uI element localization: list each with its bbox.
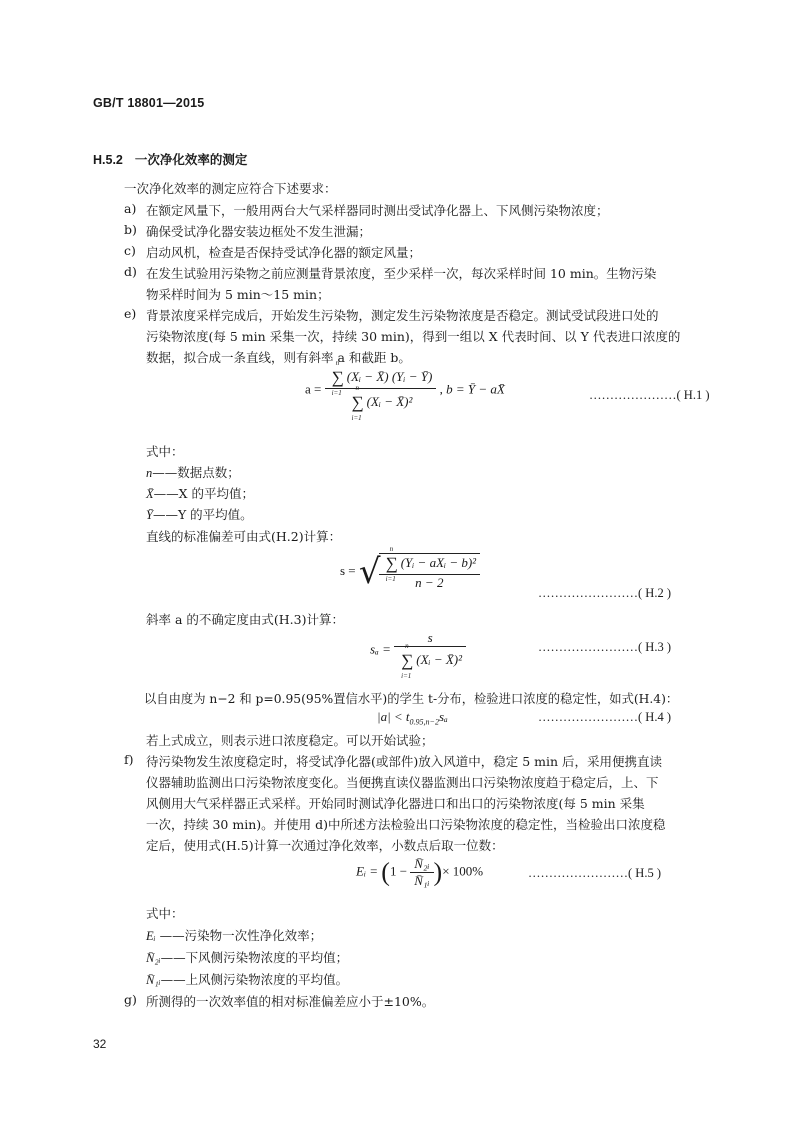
equation-h5: Eᵢ = (1 − N̄₂ᵢ N̄₁ᵢ )× 100% xyxy=(356,856,483,889)
sum-icon: ∑ni=1 xyxy=(352,393,364,413)
item-f-label: f) xyxy=(124,752,134,767)
item-c-label: c) xyxy=(124,243,136,258)
item-b-label: b) xyxy=(124,222,137,237)
item-f-line4: 一次，持续 30 min)。并使用 d)中所述方法检验出口污染物浓度的稳定性，当… xyxy=(146,815,665,833)
text-h4-intro: 以自由度为 n−2 和 p=0.95(95%置信水平)的学生 t-分布，检验进口… xyxy=(144,689,678,707)
item-f-line5: 定后，使用式(H.5)计算一次通过净化效率，小数点后取一位数： xyxy=(146,836,504,854)
section-title: 一次净化效率的测定 xyxy=(135,152,248,167)
item-d-text-line1: 在发生试验用污染物之前应测量背景浓度，至少采样一次，每次采样时间 10 min。… xyxy=(146,264,656,282)
item-b-text: 确保受试净化器安装边框处不发生泄漏； xyxy=(146,222,371,240)
standard-code: GB/T 18801—2015 xyxy=(93,96,204,110)
text-h3-intro: 斜率 a 的不确定度由式(H.3)计算： xyxy=(146,610,344,628)
item-d-text-line2: 物采样时间为 5 min～15 min； xyxy=(146,285,330,303)
item-g-text: 所测得的一次效率值的相对标准偏差应小于±10%。 xyxy=(146,992,434,1010)
def-x-bar: X̄——X 的平均值； xyxy=(146,484,254,502)
sum-icon: ∑ni=1 xyxy=(386,554,398,574)
sum-icon: ∑ni=1 xyxy=(332,368,344,388)
text-h2-intro: 直线的标准偏差可由式(H.2)计算： xyxy=(146,527,341,545)
section-number: H.5.2 xyxy=(93,153,123,167)
item-f-line3: 风侧用大气采样器正式采样。开始同时测试净化器进口和出口的污染物浓度(每 5 mi… xyxy=(146,794,645,812)
eq-h5-number: ……………………( H.5 ) xyxy=(528,866,661,881)
def-y-bar: Ȳ——Y 的平均值。 xyxy=(146,505,253,523)
section-heading: H.5.2一次净化效率的测定 xyxy=(93,150,247,168)
item-d-label: d) xyxy=(124,264,137,279)
eq-h3-number: ……………………( H.3 ) xyxy=(538,640,671,655)
equation-h1: a = ∑ni=1(Xᵢ − X̄) (Yᵢ − Ȳ) ∑ni=1(Xᵢ − X… xyxy=(305,368,505,413)
def-e-i: Eᵢ ——污染物一次性净化效率； xyxy=(146,926,322,944)
item-e-text-line2: 污染物浓度(每 5 min 采集一次，持续 30 min)，得到一组以 X 代表… xyxy=(146,327,680,345)
item-e-text-line3: 数据，拟合成一条直线，则有斜率 a 和截距 b。 xyxy=(146,348,411,366)
equation-h2: s = √ ∑ni=1(Yᵢ − aXᵢ − b)² n − 2 xyxy=(340,552,480,592)
eq-h1-rhs: , b = Ȳ − aX̄ xyxy=(440,381,505,396)
item-a-label: a) xyxy=(124,201,136,216)
intro-text: 一次净化效率的测定应符合下述要求： xyxy=(124,180,337,198)
item-c-text: 启动风机，检查是否保持受试净化器的额定风量； xyxy=(146,243,421,261)
item-f-line2: 仪器辅助监测出口污染物浓度变化。当便携直读仪器监测出口污染物浓度趋于稳定后，上、… xyxy=(146,773,659,791)
equation-h4: |a| < t0.95,n−2sₐ xyxy=(377,709,448,727)
sum-icon: ∑ni=1 xyxy=(401,651,413,671)
eq-h1-lhs: a = xyxy=(305,381,321,396)
def-n: n——数据点数； xyxy=(146,463,240,481)
eq-h2-number: ……………………( H.2 ) xyxy=(538,586,671,601)
eq-h1-number: …………………( H.1 ) xyxy=(589,388,709,403)
where-heading-2: 式中： xyxy=(146,904,184,922)
def-n1i: N̄₁ᵢ——上风侧污染物浓度的平均值。 xyxy=(146,970,348,988)
item-g-label: g) xyxy=(124,992,137,1007)
where-heading-1: 式中： xyxy=(146,442,184,460)
item-e-label: e) xyxy=(124,306,136,321)
sqrt-icon: √ xyxy=(359,552,381,592)
text-after-h4: 若上式成立，则表示进口浓度稳定。可以开始试验； xyxy=(146,731,434,749)
item-a-text: 在额定风量下，一般用两台大气采样器同时测出受试净化器上、下风侧污染物浓度； xyxy=(146,201,609,219)
eq-h4-number: ……………………( H.4 ) xyxy=(538,710,671,725)
eq-h1-fraction: ∑ni=1(Xᵢ − X̄) (Yᵢ − Ȳ) ∑ni=1(Xᵢ − X̄)² xyxy=(325,368,437,413)
item-f-line1: 待污染物发生浓度稳定时，将受试净化器(或部件)放入风道中，稳定 5 min 后，… xyxy=(146,752,662,770)
page-number: 32 xyxy=(93,1037,106,1051)
equation-h3: sₐ = s ∑ni=1(Xᵢ − X̄)² xyxy=(370,630,466,671)
item-e-text-line1: 背景浓度采样完成后，开始发生污染物，测定发生污染物浓度是否稳定。测试受试段进口处… xyxy=(146,306,659,324)
def-n2i: N̄₂ᵢ——下风侧污染物浓度的平均值； xyxy=(146,948,348,966)
